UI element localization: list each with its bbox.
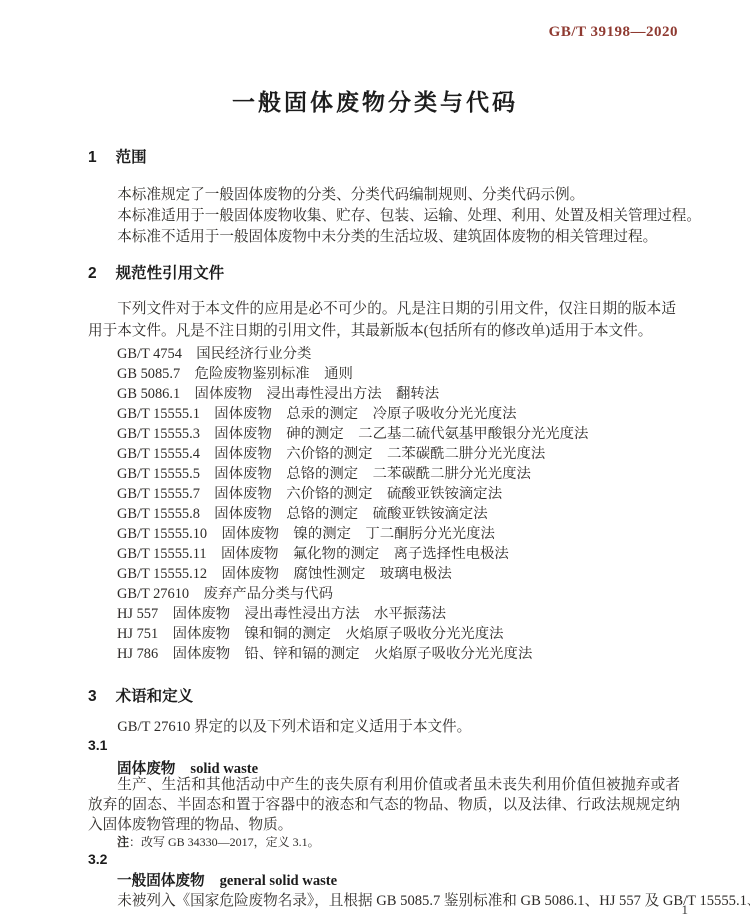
- section-3-heading: 3术语和定义: [88, 684, 193, 706]
- paragraph: 本标准规定了一般固体废物的分类、分类代码编制规则、分类代码示例。: [88, 185, 676, 206]
- section-2-number: 2: [88, 265, 97, 283]
- term-definition: 未被列入《国家危险废物名录》，且根据 GB 5085.7 鉴别标准和 GB 50…: [88, 889, 728, 910]
- section-1-number: 1: [88, 149, 97, 167]
- term-number: 3.1: [88, 737, 107, 753]
- note-text: ：改写 GB 34330—2017，定义 3.1。: [129, 835, 320, 849]
- reference-item: GB/T 4754 国民经济行业分类: [117, 344, 588, 364]
- term-en: solid waste: [190, 761, 258, 777]
- reference-item: GB/T 15555.4 固体废物 六价铬的测定 二苯碳酰二肼分光光度法: [117, 444, 588, 464]
- document-title: 一般固体废物分类与代码: [0, 84, 750, 117]
- reference-item: GB/T 15555.10 固体废物 镍的测定 丁二酮肟分光光度法: [117, 524, 588, 544]
- section-3-intro: GB/T 27610 界定的以及下列术语和定义适用于本文件。: [88, 715, 676, 736]
- term-zh: 一般固体废物: [117, 873, 205, 889]
- page-number: 1: [682, 902, 689, 918]
- reference-item: HJ 751 固体废物 镍和铜的测定 火焰原子吸收分光光度法: [117, 624, 588, 644]
- term-definition: 生产、生活和其他活动中产生的丧失原有利用价值或者虽未丧失利用价值但被抛弃或者放弃…: [88, 776, 680, 835]
- reference-item: GB/T 15555.8 固体废物 总铬的测定 硫酸亚铁铵滴定法: [117, 504, 588, 524]
- normative-references-list: GB/T 4754 国民经济行业分类 GB 5085.7 危险废物鉴别标准 通则…: [117, 344, 588, 664]
- section-3-number: 3: [88, 688, 97, 706]
- note-label: 注: [117, 835, 129, 849]
- reference-item: HJ 557 固体废物 浸出毒性浸出方法 水平振荡法: [117, 604, 588, 624]
- term-note: 注：改写 GB 34330—2017，定义 3.1。: [117, 833, 320, 850]
- paragraph: 本标准适用于一般固体废物收集、贮存、包装、运输、处理、利用、处置及相关管理过程。: [88, 206, 676, 227]
- section-2-intro: 下列文件对于本文件的应用是必不可少的。凡是注日期的引用文件，仅注日期的版本适用于…: [88, 299, 676, 343]
- section-2-title: 规范性引用文件: [116, 265, 225, 282]
- reference-item: GB 5085.7 危险废物鉴别标准 通则: [117, 364, 588, 384]
- section-3-title: 术语和定义: [116, 688, 194, 705]
- reference-item: GB/T 15555.7 固体废物 六价铬的测定 硫酸亚铁铵滴定法: [117, 484, 588, 504]
- term-number: 3.2: [88, 851, 107, 867]
- term-en: general solid waste: [220, 873, 338, 889]
- reference-item: GB/T 15555.11 固体废物 氟化物的测定 离子选择性电极法: [117, 544, 588, 564]
- reference-item: GB/T 15555.12 固体废物 腐蚀性测定 玻璃电极法: [117, 564, 588, 584]
- reference-item: GB/T 15555.3 固体废物 砷的测定 二乙基二硫代氨基甲酸银分光光度法: [117, 424, 588, 444]
- section-1-body: 本标准规定了一般固体废物的分类、分类代码编制规则、分类代码示例。 本标准适用于一…: [88, 185, 676, 248]
- paragraph: 本标准不适用于一般固体废物中未分类的生活垃圾、建筑固体废物的相关管理过程。: [88, 227, 676, 248]
- term-heading: 固体废物solid waste: [117, 757, 258, 778]
- term-zh: 固体废物: [117, 761, 175, 777]
- term-heading: 一般固体废物general solid waste: [117, 869, 337, 890]
- standard-code: GB/T 39198—2020: [549, 24, 678, 41]
- reference-item: GB 5086.1 固体废物 浸出毒性浸出方法 翻转法: [117, 384, 588, 404]
- section-2-heading: 2规范性引用文件: [88, 261, 224, 283]
- reference-item: GB/T 15555.1 固体废物 总汞的测定 冷原子吸收分光光度法: [117, 404, 588, 424]
- reference-item: GB/T 15555.5 固体废物 总铬的测定 二苯碳酰二肼分光光度法: [117, 464, 588, 484]
- reference-item: GB/T 27610 废弃产品分类与代码: [117, 584, 588, 604]
- section-1-title: 范围: [116, 149, 147, 166]
- section-1-heading: 1范围: [88, 145, 147, 167]
- document-page: GB/T 39198—2020 一般固体废物分类与代码 1范围 本标准规定了一般…: [0, 0, 750, 920]
- reference-item: HJ 786 固体废物 铅、锌和镉的测定 火焰原子吸收分光光度法: [117, 644, 588, 664]
